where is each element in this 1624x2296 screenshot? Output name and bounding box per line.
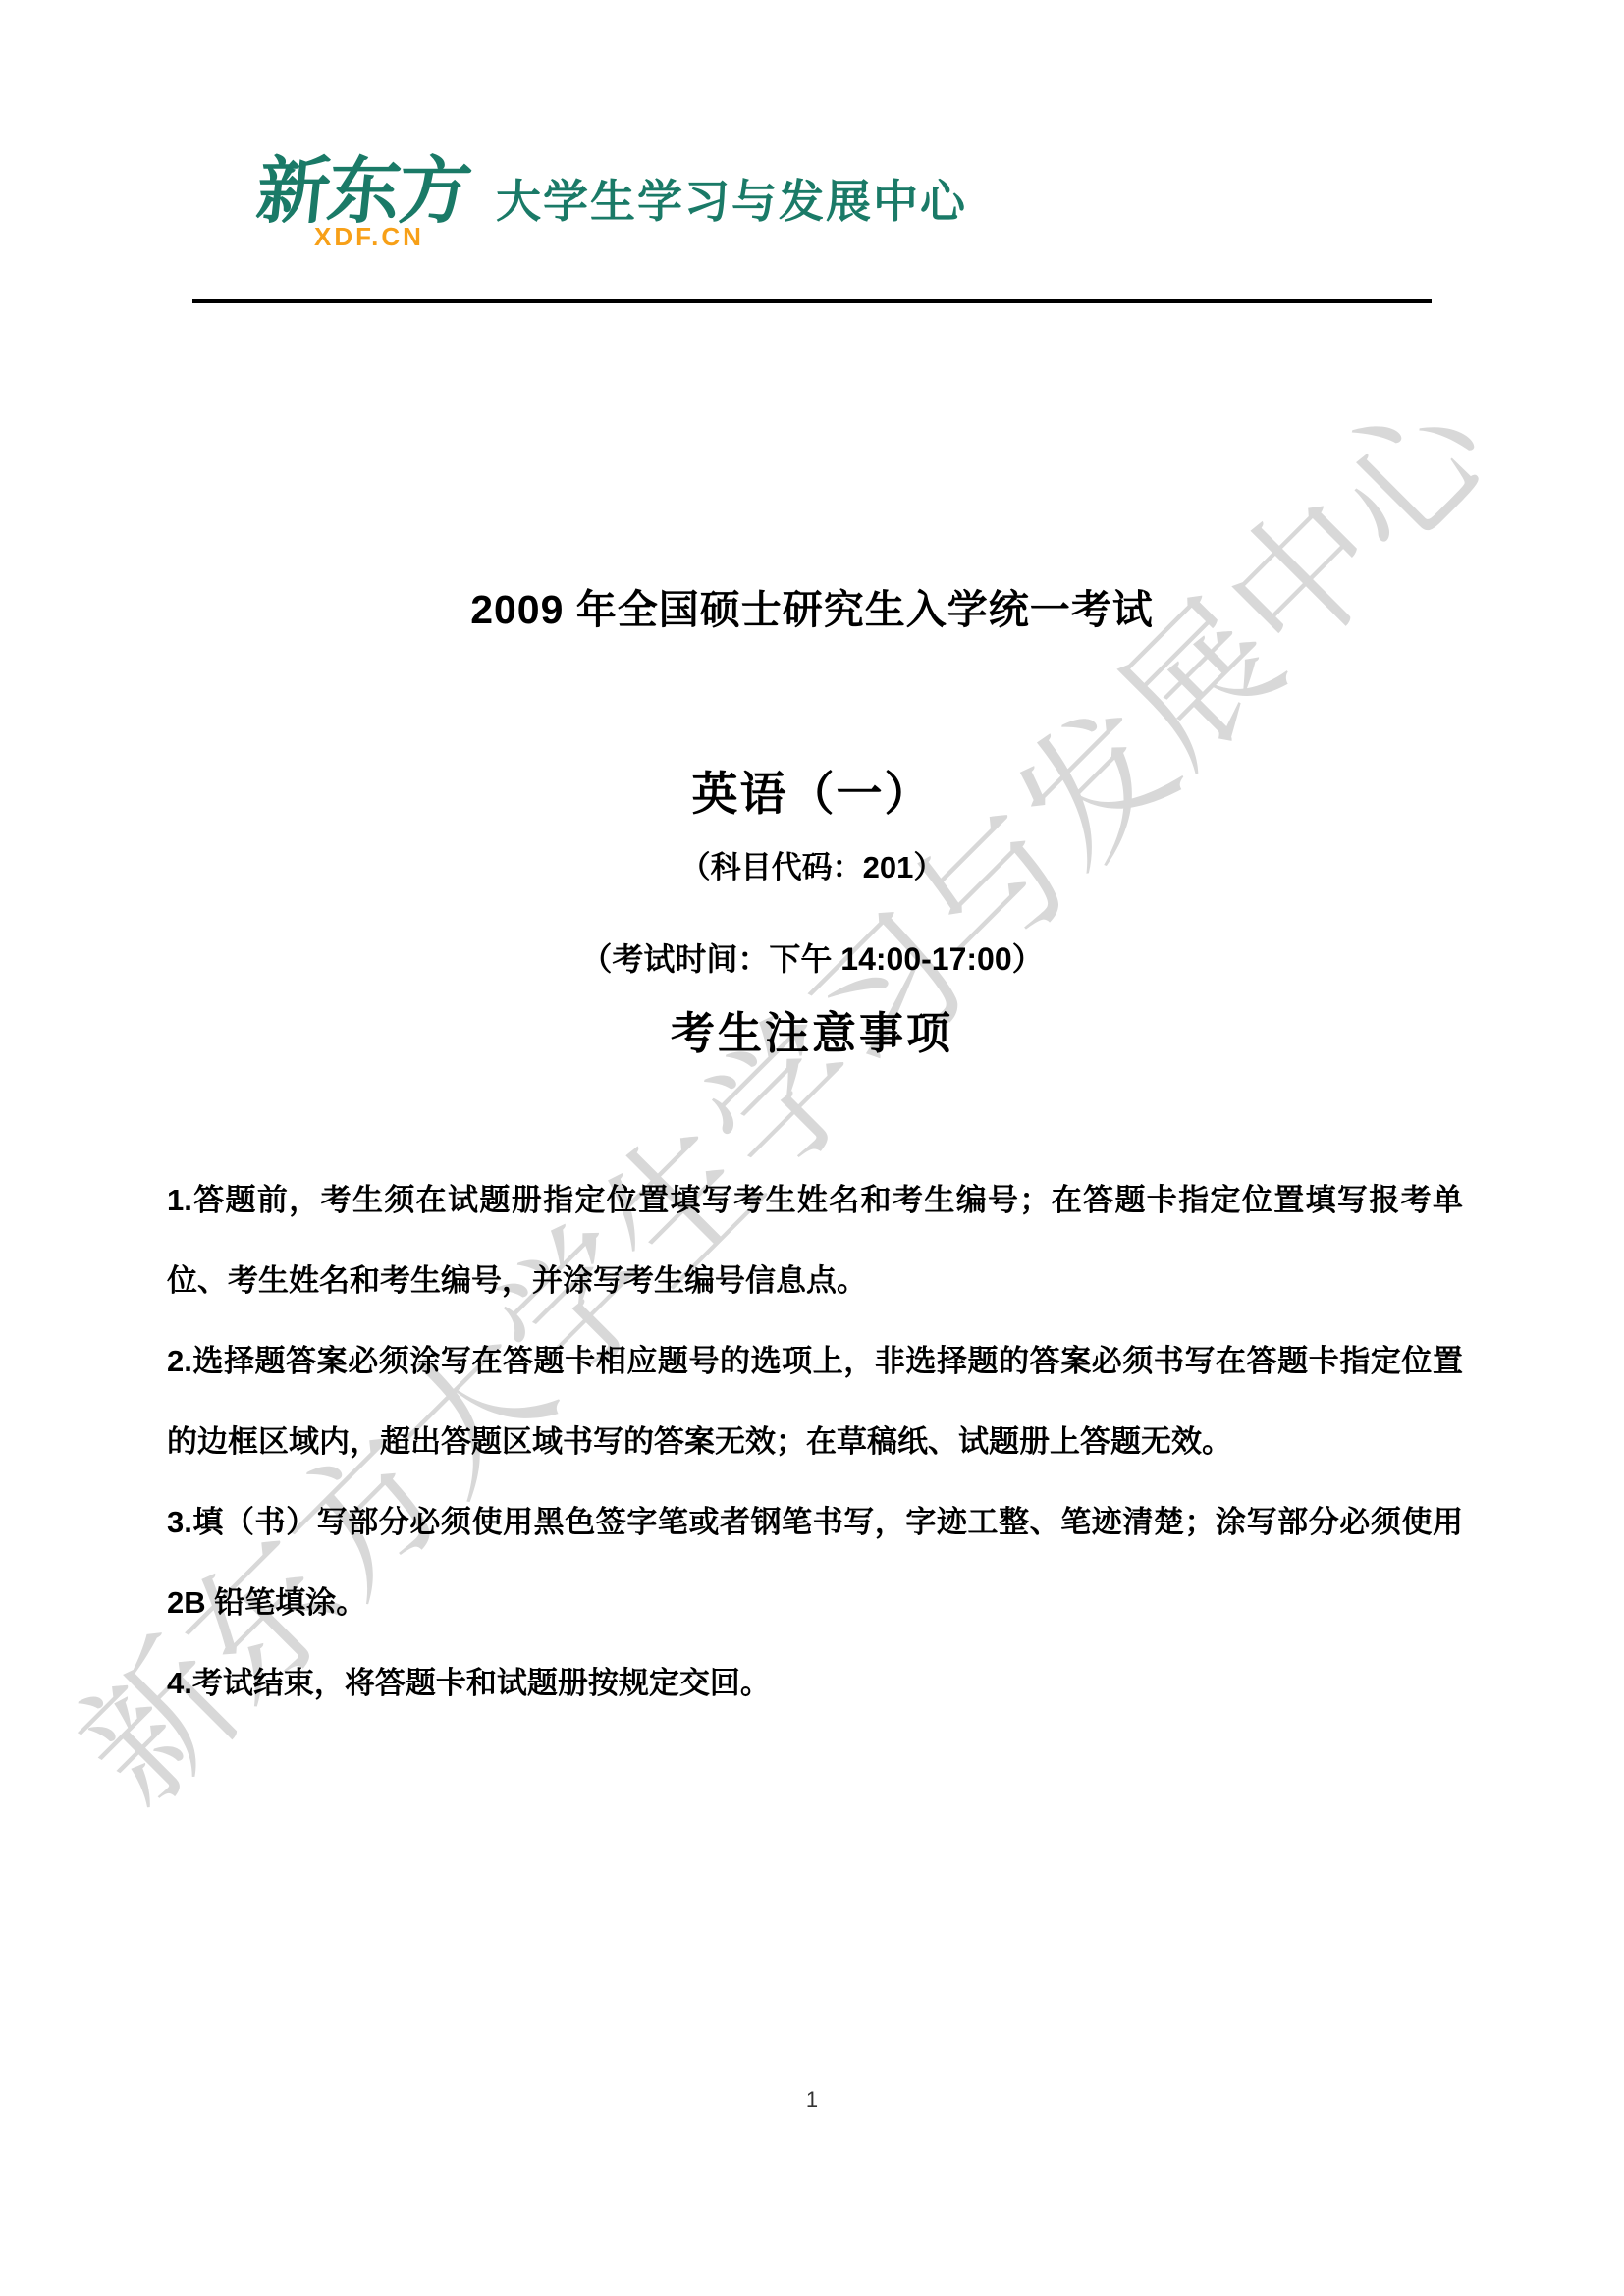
subject-title: 英语（一）	[0, 758, 1624, 824]
notice-list: 1.答题前，考生须在试题册指定位置填写考生姓名和考生编号；在答题卡指定位置填写报…	[167, 1160, 1463, 1724]
notice-item-1: 1.答题前，考生须在试题册指定位置填写考生姓名和考生编号；在答题卡指定位置填写报…	[167, 1160, 1463, 1321]
document-page: 新东方大学生学习与发展中心 新东方 XDF.CN 大学生学习与发展中心 2009…	[0, 0, 1624, 2296]
exam-title: 2009 年全国硕士研究生入学统一考试	[0, 577, 1624, 635]
org-name: 大学生学习与发展中心	[496, 179, 967, 224]
header-divider	[192, 299, 1432, 303]
notice-heading: 考生注意事项	[0, 997, 1624, 1061]
notice-item-2: 2.选择题答案必须涂写在答题卡相应题号的选项上，非选择题的答案必须书写在答题卡指…	[167, 1321, 1463, 1482]
notice-item-3: 3.填（书）写部分必须使用黑色签字笔或者钢笔书写，字迹工整、笔迹清楚；涂写部分必…	[167, 1482, 1463, 1643]
xdf-logo: 新东方 XDF.CN	[257, 155, 469, 249]
subject-code: （科目代码：201）	[0, 842, 1624, 886]
logo-wordmark: 新东方	[253, 155, 473, 228]
exam-time: （考试时间：下午 14:00-17:00）	[0, 934, 1624, 980]
notice-item-4: 4.考试结束，将答题卡和试题册按规定交回。	[167, 1643, 1463, 1724]
page-number: 1	[0, 2087, 1624, 2112]
